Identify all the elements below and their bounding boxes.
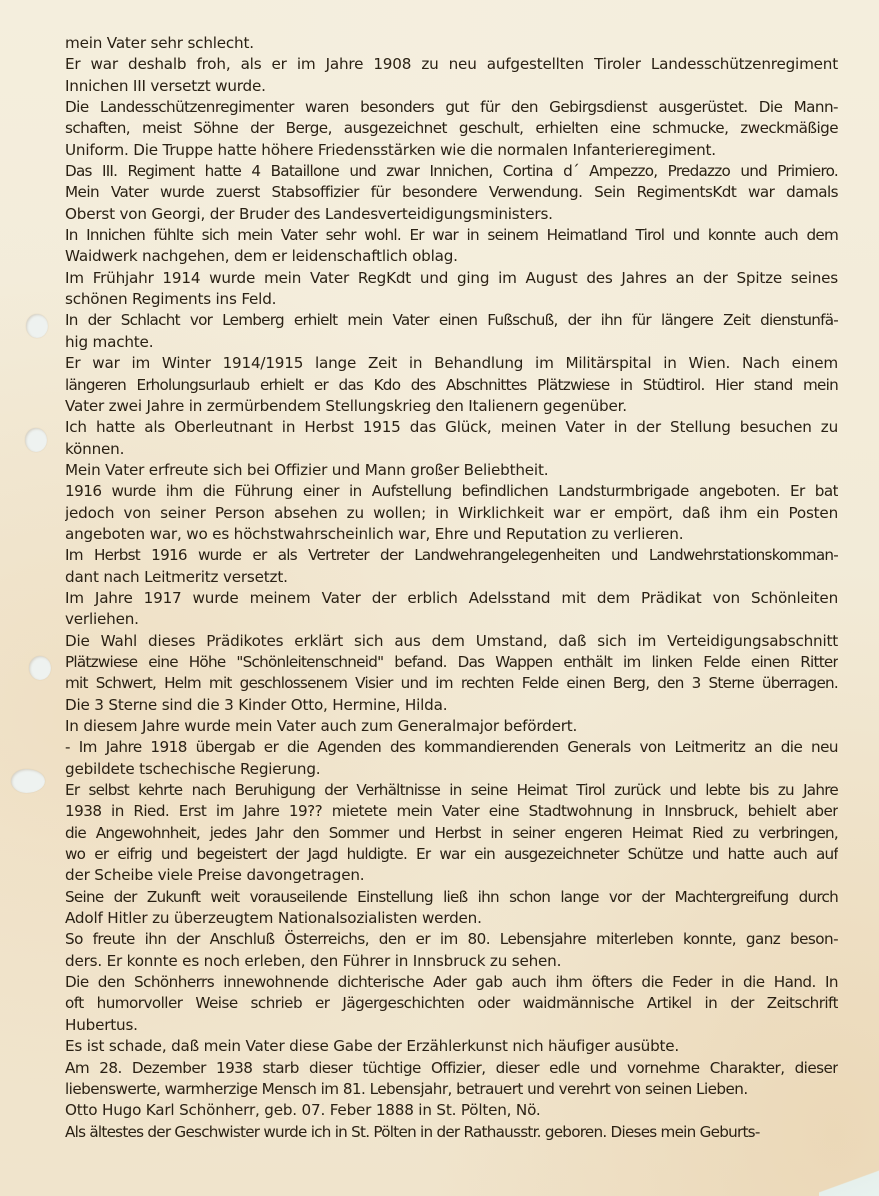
text-line: der Scheibe viele Preise davongetragen. (65, 865, 838, 886)
text-line: Er war im Winter 1914/1915 lange Zeit in… (65, 353, 838, 374)
text-line: Im Herbst 1916 wurde er als Vertreter de… (65, 545, 838, 566)
document-body: mein Vater sehr schlecht. Er war deshalb… (65, 33, 838, 1143)
text-line: So freute ihn der Anschluß Österreichs, … (65, 929, 838, 950)
text-line: verliehen. (65, 609, 838, 630)
text-line: Plätzwiese eine Höhe "Schönleitenschneid… (65, 652, 838, 673)
text-line: Er war deshalb froh, als er im Jahre 190… (65, 54, 838, 75)
text-line: Die 3 Sterne sind die 3 Kinder Otto, Her… (65, 695, 838, 716)
text-line: In Innichen fühlte sich mein Vater sehr … (65, 225, 838, 246)
text-line: Waidwerk nachgehen, dem er leidenschaftl… (65, 246, 838, 267)
text-line: Es ist schade, daß mein Vater diese Gabe… (65, 1036, 838, 1057)
text-line: mit Schwert, Helm mit geschlossenem Visi… (65, 673, 838, 694)
text-line: Mein Vater wurde zuerst Stabsoffizier fü… (65, 182, 838, 203)
text-line: Die den Schönherrs innewohnende dichteri… (65, 972, 838, 993)
text-line: ders. Er konnte es noch erleben, den Füh… (65, 951, 838, 972)
text-line: In der Schlacht vor Lemberg erhielt mein… (65, 310, 838, 331)
punch-hole-1 (26, 314, 48, 338)
punch-hole-2 (25, 428, 47, 452)
text-line: Das III. Regiment hatte 4 Bataillone und… (65, 161, 838, 182)
text-line: angeboten war, wo es höchstwahrscheinlic… (65, 524, 838, 545)
text-line: Oberst von Georgi, der Bruder des Landes… (65, 204, 838, 225)
text-line: Die Wahl dieses Prädikotes erklärt sich … (65, 631, 838, 652)
text-line: liebenswerte, warmherzige Mensch im 81. … (65, 1079, 838, 1100)
text-line: oft humorvoller Weise schrieb er Jägerge… (65, 993, 838, 1014)
text-line: jedoch von seiner Person absehen zu woll… (65, 503, 838, 524)
text-line: Er selbst kehrte nach Beruhigung der Ver… (65, 780, 838, 801)
text-line: Otto Hugo Karl Schönherr, geb. 07. Feber… (65, 1100, 838, 1121)
text-line: schaften, meist Söhne der Berge, ausgeze… (65, 118, 838, 139)
text-line: Mein Vater erfreute sich bei Offizier un… (65, 460, 838, 481)
text-line: können. (65, 439, 838, 460)
punch-hole-3 (29, 656, 51, 680)
paper-corner-fold (819, 1166, 879, 1196)
text-line: hig machte. (65, 332, 838, 353)
text-line: Im Jahre 1917 wurde meinem Vater der erb… (65, 588, 838, 609)
text-line: In diesem Jahre wurde mein Vater auch zu… (65, 716, 838, 737)
text-line: Ich hatte als Oberleutnant in Herbst 191… (65, 417, 838, 438)
text-line: längeren Erholungsurlaub erhielt er das … (65, 375, 838, 396)
text-line: Seine der Zukunft weit vorauseilende Ein… (65, 887, 838, 908)
text-line: - Im Jahre 1918 übergab er die Agenden d… (65, 737, 838, 758)
text-line: Vater zwei Jahre in zermürbendem Stellun… (65, 396, 838, 417)
text-line: Die Landesschützenregimenter waren beson… (65, 97, 838, 118)
text-line: die Angewohnheit, jedes Jahr den Sommer … (65, 823, 838, 844)
text-line: Hubertus. (65, 1015, 838, 1036)
text-line: wo er eifrig und begeistert der Jagd hul… (65, 844, 838, 865)
text-line: 1938 in Ried. Erst im Jahre 19?? mietete… (65, 801, 838, 822)
text-line: Als ältestes der Geschwister wurde ich i… (65, 1122, 838, 1143)
text-line: Adolf Hitler zu überzeugtem Nationalsozi… (65, 908, 838, 929)
punch-hole-4 (11, 769, 45, 793)
text-line: Am 28. Dezember 1938 starb dieser tüchti… (65, 1058, 838, 1079)
text-line: Innichen III versetzt wurde. (65, 76, 838, 97)
text-line: mein Vater sehr schlecht. (65, 33, 838, 54)
text-line: gebildete tschechische Regierung. (65, 759, 838, 780)
text-line: 1916 wurde ihm die Führung einer in Aufs… (65, 481, 838, 502)
text-line: Im Frühjahr 1914 wurde mein Vater RegKdt… (65, 268, 838, 289)
text-line: dant nach Leitmeritz versetzt. (65, 567, 838, 588)
scanned-page: mein Vater sehr schlecht. Er war deshalb… (0, 0, 879, 1196)
text-line: schönen Regiments ins Feld. (65, 289, 838, 310)
text-line: Uniform. Die Truppe hatte höhere Frieden… (65, 140, 838, 161)
